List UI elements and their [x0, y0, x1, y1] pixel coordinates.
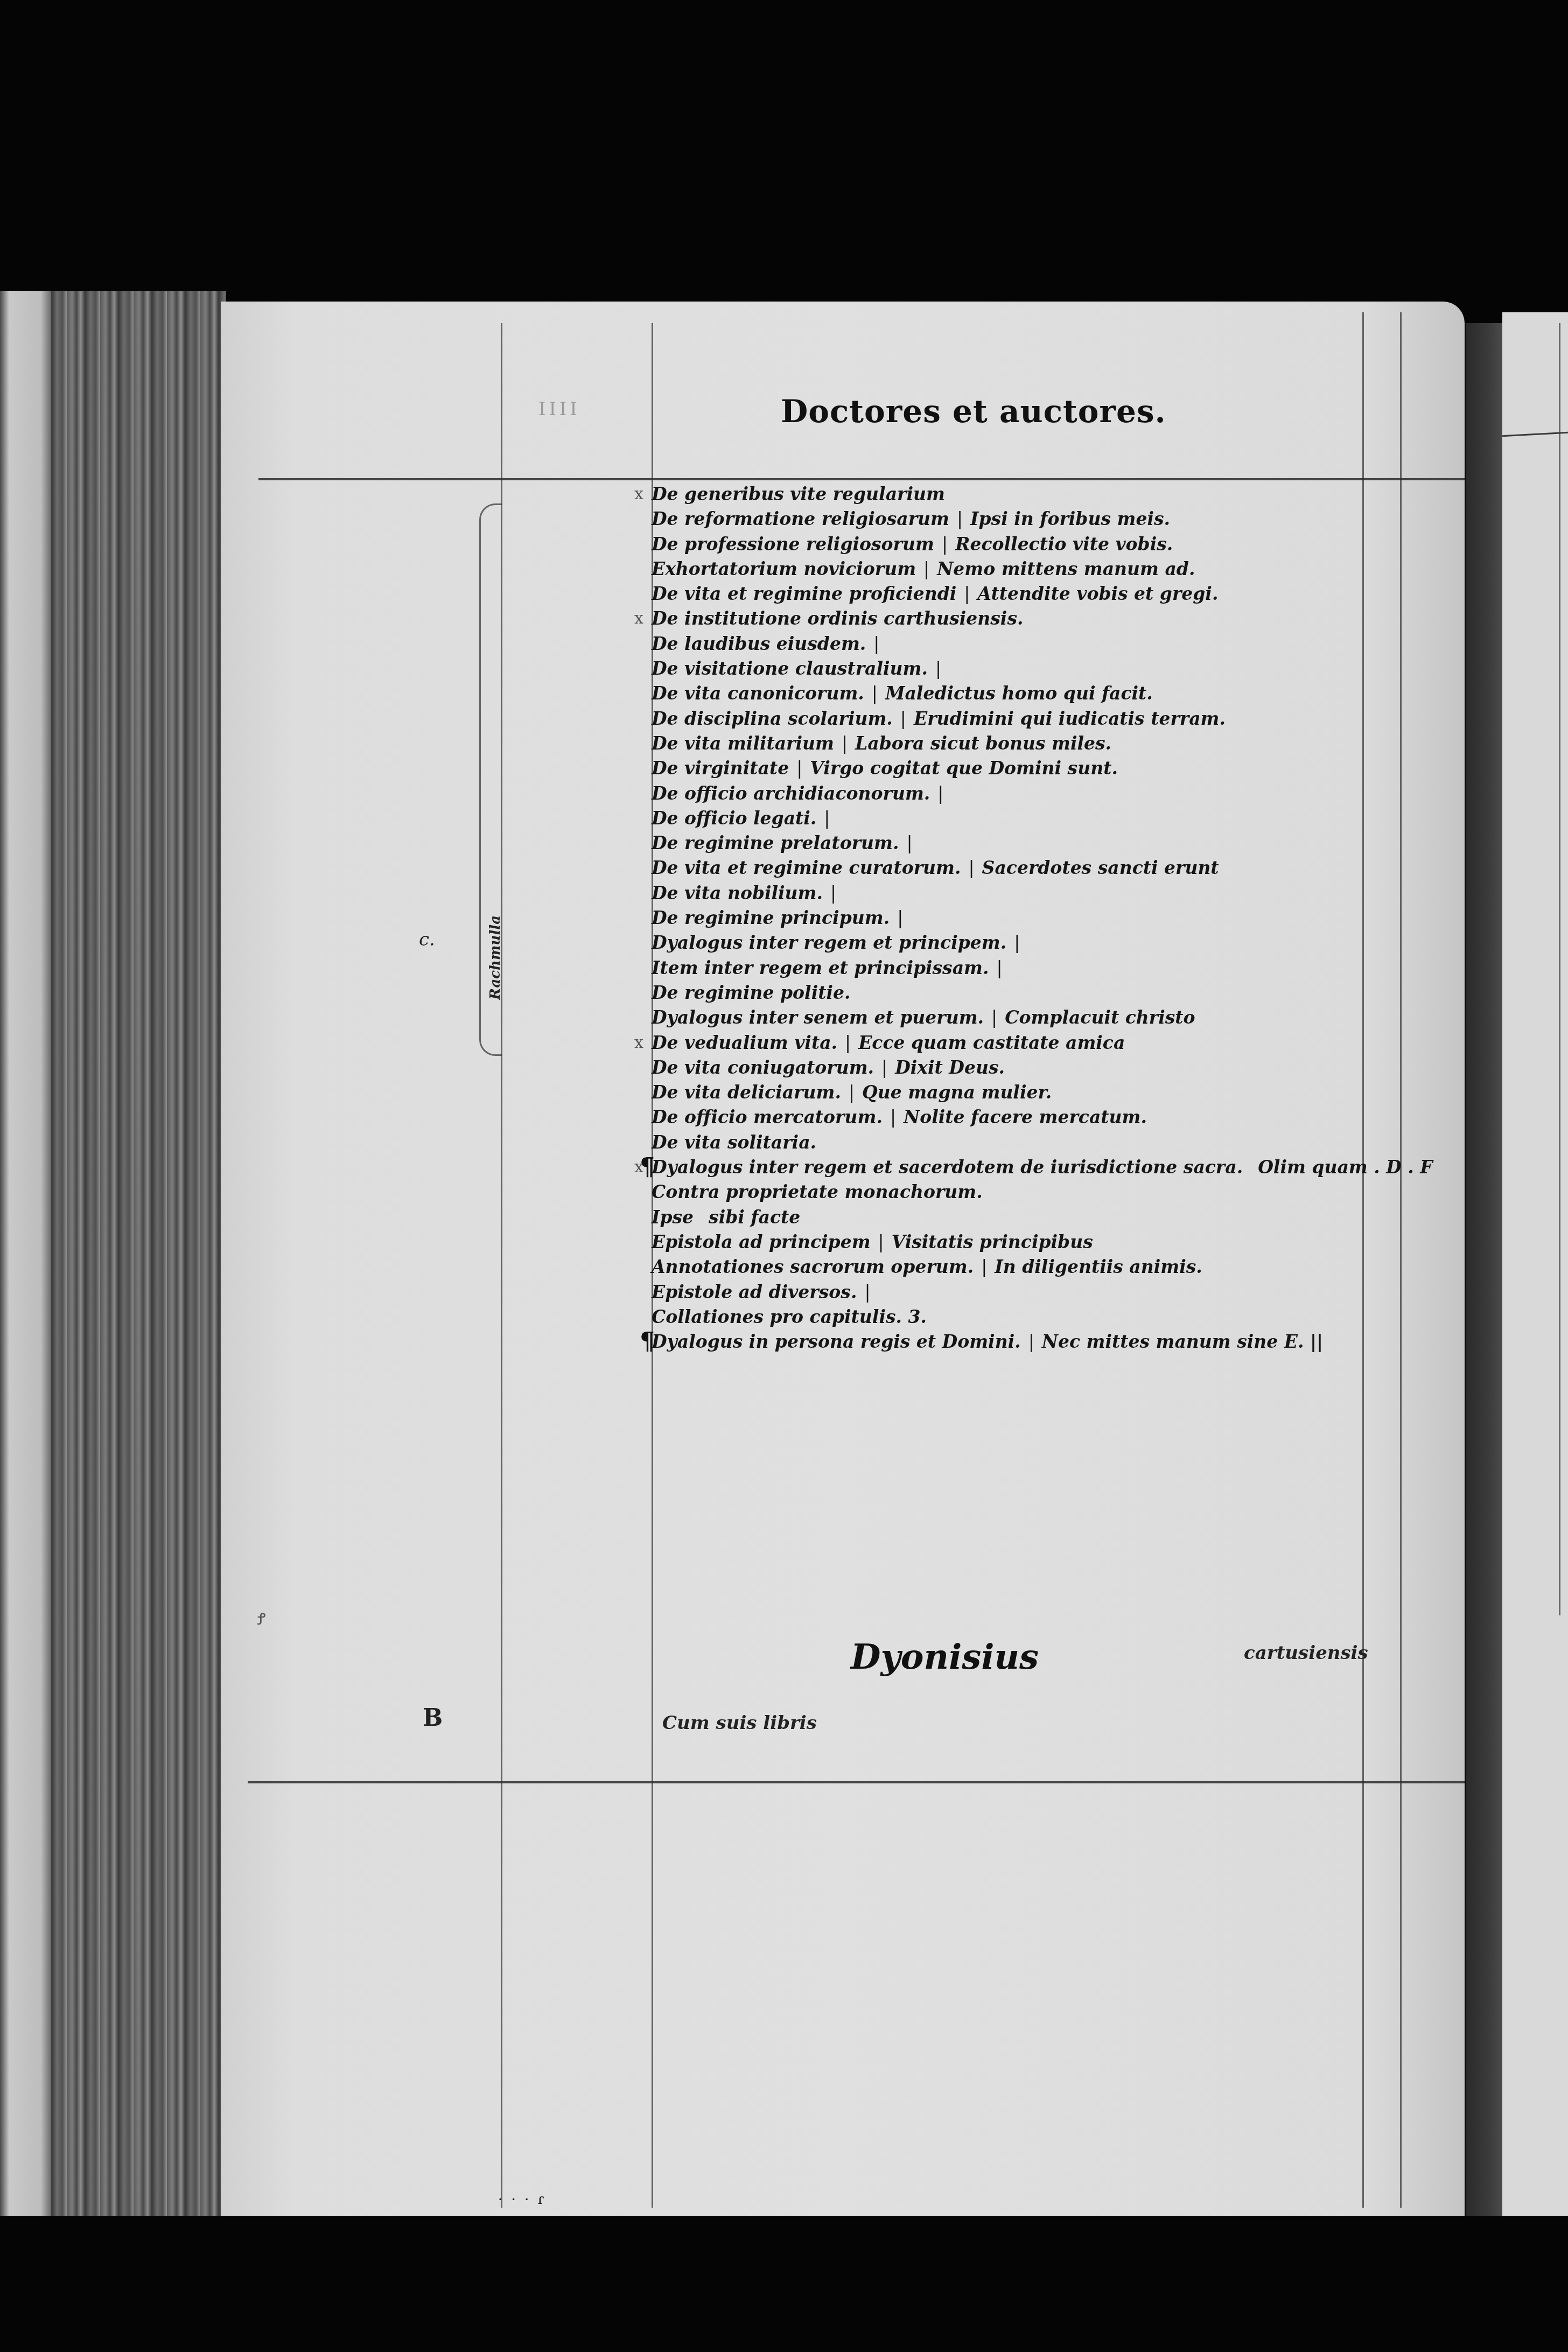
entry-incipit: Nemo mittens manum ad.	[937, 558, 1195, 579]
entry-incipit: Maledictus homo qui facit.	[885, 683, 1153, 704]
entry-separator: |	[824, 808, 830, 829]
entry-separator: |	[872, 683, 878, 704]
entry-title: Dyalogus inter regem et principem.	[652, 932, 1006, 953]
entry-incipit: Olim quam . D . F	[1258, 1157, 1433, 1178]
entry-incipit: sibi facte	[709, 1207, 800, 1228]
facing-page-edge	[1502, 312, 1568, 2216]
list-item: ¶Dyalogus in persona regis et Domini.|Ne…	[652, 1329, 1405, 1354]
list-item: x¶Dyalogus inter regem et sacerdotem de …	[652, 1155, 1405, 1180]
list-item: De vita nobilium.|	[652, 881, 1405, 906]
list-item: Annotationes sacrorum operum.|In diligen…	[652, 1255, 1405, 1279]
entry-title: De vita et regimine proficiendi	[652, 583, 956, 604]
entry-incipit: Complacuit christo	[1005, 1007, 1195, 1028]
entry-incipit: Erudimini qui iudicatis terram.	[914, 708, 1226, 729]
list-item: De laudibus eiusdem.|	[652, 632, 1405, 656]
entry-title: De regimine politie.	[652, 982, 850, 1003]
entry-title: Annotationes sacrorum operum.	[652, 1256, 974, 1277]
ruling-horizontal-top	[258, 478, 1465, 480]
entry-list: xDe generibus vite regulariumDe reformat…	[652, 482, 1405, 1354]
entry-separator: |	[906, 832, 912, 853]
entry-title: De visitatione claustralium.	[652, 658, 928, 679]
entry-title: De vita deliciarum.	[652, 1082, 841, 1103]
entry-incipit: Sacerdotes sancti erunt	[982, 857, 1219, 878]
entry-incipit: Que magna mulier.	[862, 1082, 1052, 1103]
entry-separator: |	[845, 1032, 851, 1053]
list-item: Contra proprietate monachorum.	[652, 1180, 1405, 1205]
entry-separator: |	[897, 907, 903, 928]
entry-separator: |	[796, 758, 802, 779]
entry-title: De institutione ordinis carthusiensis.	[652, 608, 1023, 629]
entry-separator: |	[964, 583, 970, 604]
entry-incipit: Visitatis principibus	[892, 1231, 1093, 1252]
margin-bracket-label: Rachmulla	[487, 915, 503, 1000]
entry-title: Epistola ad principem	[652, 1231, 871, 1252]
entry-incipit: Nolite facere mercatum.	[904, 1107, 1147, 1128]
page-heading: Doctores et auctores.	[781, 393, 1166, 430]
entry-separator: |	[1014, 932, 1020, 953]
entry-incipit: In diligentiis animis.	[995, 1256, 1202, 1277]
entry-title: Collationes pro capitulis. 3.	[652, 1306, 927, 1327]
entry-incipit: Ecce quam castitate amica	[858, 1032, 1125, 1053]
entry-incipit: Ipsi in foribus meis.	[970, 508, 1170, 529]
section-note: cartusiensis	[1244, 1642, 1368, 1664]
entry-separator: |	[864, 1282, 870, 1303]
cross-mark-icon: x	[634, 482, 643, 507]
entry-title: De laudibus eiusdem.	[652, 633, 866, 654]
entry-separator: |	[942, 534, 948, 555]
entry-separator: |	[968, 857, 974, 878]
list-item: De regimine principum.|	[652, 906, 1405, 930]
list-item: De visitatione claustralium.|	[652, 656, 1405, 681]
entry-separator: |	[849, 1082, 855, 1103]
entry-title: De vita et regimine curatorum.	[652, 857, 961, 878]
pilcrow-icon: ¶	[640, 1155, 655, 1180]
list-item: Dyalogus inter senem et puerum.|Complacu…	[652, 1005, 1405, 1030]
entry-title: De vita coniugatorum.	[652, 1057, 874, 1078]
section-heading-dyonisius: Dyonisius	[851, 1637, 1039, 1677]
entry-title: De vedualium vita.	[652, 1032, 837, 1053]
list-item: xDe generibus vite regularium	[652, 482, 1405, 507]
entry-title: Contra proprietate monachorum.	[652, 1181, 983, 1202]
entry-separator: |	[878, 1231, 884, 1252]
ruling-horizontal-bottom	[248, 1781, 1465, 1783]
list-item: De regimine prelatorum.|	[652, 831, 1405, 856]
entry-separator: |	[935, 658, 941, 679]
margin-letter-c: c.	[419, 929, 435, 950]
list-item: De vita et regimine curatorum.|Sacerdote…	[652, 856, 1405, 880]
list-item: De officio legati.|	[652, 806, 1405, 831]
entry-title: De regimine principum.	[652, 907, 890, 928]
entry-separator: |	[830, 883, 836, 904]
list-item: De officio archidiaconorum.|	[652, 781, 1405, 806]
entry-incipit: Attendite vobis et gregi.	[977, 583, 1218, 604]
list-item: Item inter regem et principissam.|	[652, 956, 1405, 981]
cross-mark-icon: x	[634, 606, 643, 631]
entry-separator: |	[873, 633, 879, 654]
spine-gutter	[1466, 323, 1502, 2216]
faint-folio-number: IIII	[538, 398, 580, 420]
entry-incipit: Dixit Deus.	[895, 1057, 1005, 1078]
list-item: Ipsesibi facte	[652, 1205, 1405, 1230]
entry-title: Exhortatorium noviciorum	[652, 558, 916, 579]
pilcrow-icon: ¶	[640, 1329, 655, 1354]
list-item: Dyalogus inter regem et principem.|	[652, 930, 1405, 955]
entry-separator: |	[842, 733, 848, 754]
entry-title: De virginitate	[652, 758, 789, 779]
entry-title: De officio archidiaconorum.	[652, 783, 930, 804]
list-item: De regimine politie.	[652, 981, 1405, 1005]
list-item: De officio mercatorum.|Nolite facere mer…	[652, 1105, 1405, 1130]
entry-title: Ipse	[652, 1207, 694, 1228]
entry-title: Dyalogus inter senem et puerum.	[652, 1007, 984, 1028]
list-item: Epistole ad diversos.|	[652, 1280, 1405, 1305]
facing-page-rule	[1559, 323, 1560, 1615]
entry-title: De vita militarium	[652, 733, 834, 754]
entry-title: Item inter regem et principissam.	[652, 957, 989, 978]
entry-title: De generibus vite regularium	[652, 484, 945, 505]
list-item: De professione religiosorum|Recollectio …	[652, 532, 1405, 557]
entry-title: De reformatione religiosarum	[652, 508, 949, 529]
entry-title: De professione religiosorum	[652, 534, 934, 555]
list-item: De virginitate|Virgo cogitat que Domini …	[652, 756, 1405, 781]
list-item: xDe institutione ordinis carthusiensis.	[652, 606, 1405, 631]
list-item: De vita canonicorum.|Maledictus homo qui…	[652, 681, 1405, 706]
entry-separator: |	[1028, 1331, 1034, 1352]
cross-mark-icon: x	[634, 1031, 643, 1055]
entry-title: De disciplina scolarium.	[652, 708, 893, 729]
entry-title: Epistole ad diversos.	[652, 1282, 857, 1303]
entry-separator: |	[881, 1057, 887, 1078]
list-item: De vita solitaria.	[652, 1130, 1405, 1155]
margin-hook-mark: Ꝭ	[257, 1607, 265, 1629]
entry-separator: |	[900, 708, 906, 729]
entry-separator: |	[981, 1256, 987, 1277]
entry-separator: |	[937, 783, 943, 804]
entry-separator: |	[890, 1107, 896, 1128]
book-fore-edge-highlight	[0, 291, 51, 2216]
list-item: Epistola ad principem|Visitatis principi…	[652, 1230, 1405, 1255]
entry-separator: |	[957, 508, 963, 529]
list-item: De vita coniugatorum.|Dixit Deus.	[652, 1055, 1405, 1080]
entry-incipit: Virgo cogitat que Domini sunt.	[810, 758, 1118, 779]
list-item: De reformatione religiosarum|Ipsi in for…	[652, 507, 1405, 531]
entry-incipit: Recollectio vite vobis.	[955, 534, 1173, 555]
entry-title: Dyalogus inter regem et sacerdotem de iu…	[652, 1157, 1243, 1178]
entry-separator: |	[923, 558, 929, 579]
entry-incipit: Labora sicut bonus miles.	[855, 733, 1111, 754]
entry-title: De vita nobilium.	[652, 883, 823, 904]
list-item: De vita et regimine proficiendi|Attendit…	[652, 582, 1405, 606]
entry-title: De vita canonicorum.	[652, 683, 864, 704]
entry-title: De officio mercatorum.	[652, 1107, 883, 1128]
list-item: De vita deliciarum.|Que magna mulier.	[652, 1080, 1405, 1105]
entry-title: Dyalogus in persona regis et Domini.	[652, 1331, 1021, 1352]
list-item: De disciplina scolarium.|Erudimini qui i…	[652, 706, 1405, 731]
list-item: Exhortatorium noviciorum|Nemo mittens ma…	[652, 557, 1405, 582]
list-item: Collationes pro capitulis. 3.	[652, 1305, 1405, 1329]
footer-mark: · · · ɾ	[498, 2192, 546, 2208]
entry-title: De regimine prelatorum.	[652, 832, 899, 853]
list-item: De vita militarium|Labora sicut bonus mi…	[652, 731, 1405, 756]
entry-title: De vita solitaria.	[652, 1132, 816, 1153]
entry-title: De officio legati.	[652, 808, 816, 829]
section-subheading: Cum suis libris	[662, 1712, 817, 1734]
entry-separator: |	[996, 957, 1002, 978]
list-item: xDe vedualium vita.|Ecce quam castitate …	[652, 1031, 1405, 1055]
margin-letter-b: B	[423, 1704, 443, 1732]
entry-incipit: Nec mittes manum sine E. ||	[1042, 1331, 1323, 1352]
entry-separator: |	[991, 1007, 997, 1028]
